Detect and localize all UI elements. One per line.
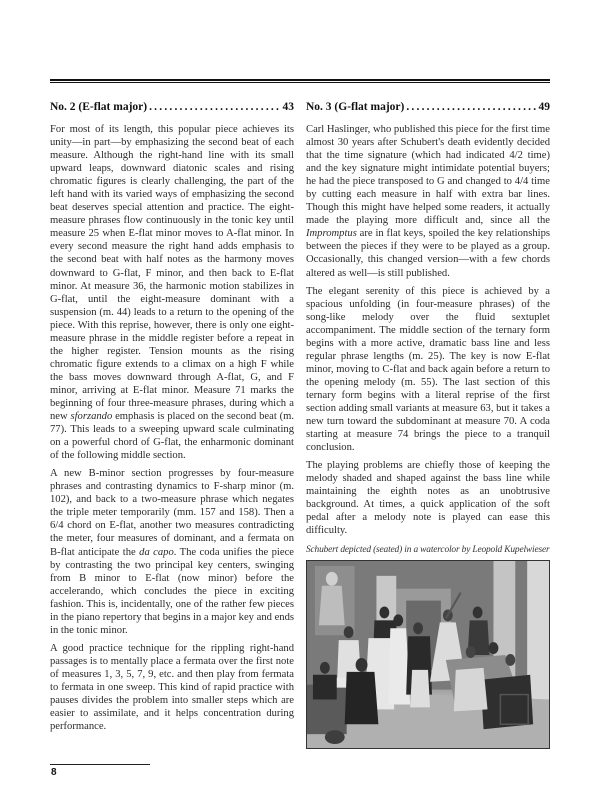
salon-scene-image	[307, 561, 549, 748]
leader-dots: ........................................…	[149, 100, 280, 114]
paragraph: The elegant serenity of this piece is ac…	[306, 285, 550, 455]
italic-term: da capo	[139, 547, 174, 558]
paragraph: Carl Haslinger, who published this piece…	[306, 123, 550, 280]
leader-dots: ........................................…	[406, 100, 536, 114]
page-number: 8	[51, 767, 57, 778]
paragraph: For most of its length, this popular pie…	[50, 123, 294, 462]
header-rule	[50, 79, 550, 83]
watercolor-illustration	[306, 560, 550, 749]
paragraph: A new B-minor section progresses by four…	[50, 467, 294, 637]
footer-rule	[50, 764, 150, 765]
section-heading-no3: No. 3 (G-flat major) ...................…	[306, 100, 550, 114]
left-column: No. 2 (E-flat major) ...................…	[50, 100, 294, 738]
paragraph: A good practice technique for the rippli…	[50, 642, 294, 733]
heading-page-ref: 43	[283, 100, 295, 114]
italic-term: Impromptus	[306, 228, 357, 239]
heading-title: No. 2 (E-flat major)	[50, 100, 147, 114]
figure-caption: Schubert depicted (seated) in a watercol…	[306, 545, 550, 555]
heading-title: No. 3 (G-flat major)	[306, 100, 404, 114]
right-column: No. 3 (G-flat major) ...................…	[306, 100, 550, 542]
section-heading-no2: No. 2 (E-flat major) ...................…	[50, 100, 294, 114]
paragraph: The playing problems are chiefly those o…	[306, 459, 550, 537]
heading-page-ref: 49	[539, 100, 551, 114]
italic-term: sforzando	[70, 411, 112, 422]
